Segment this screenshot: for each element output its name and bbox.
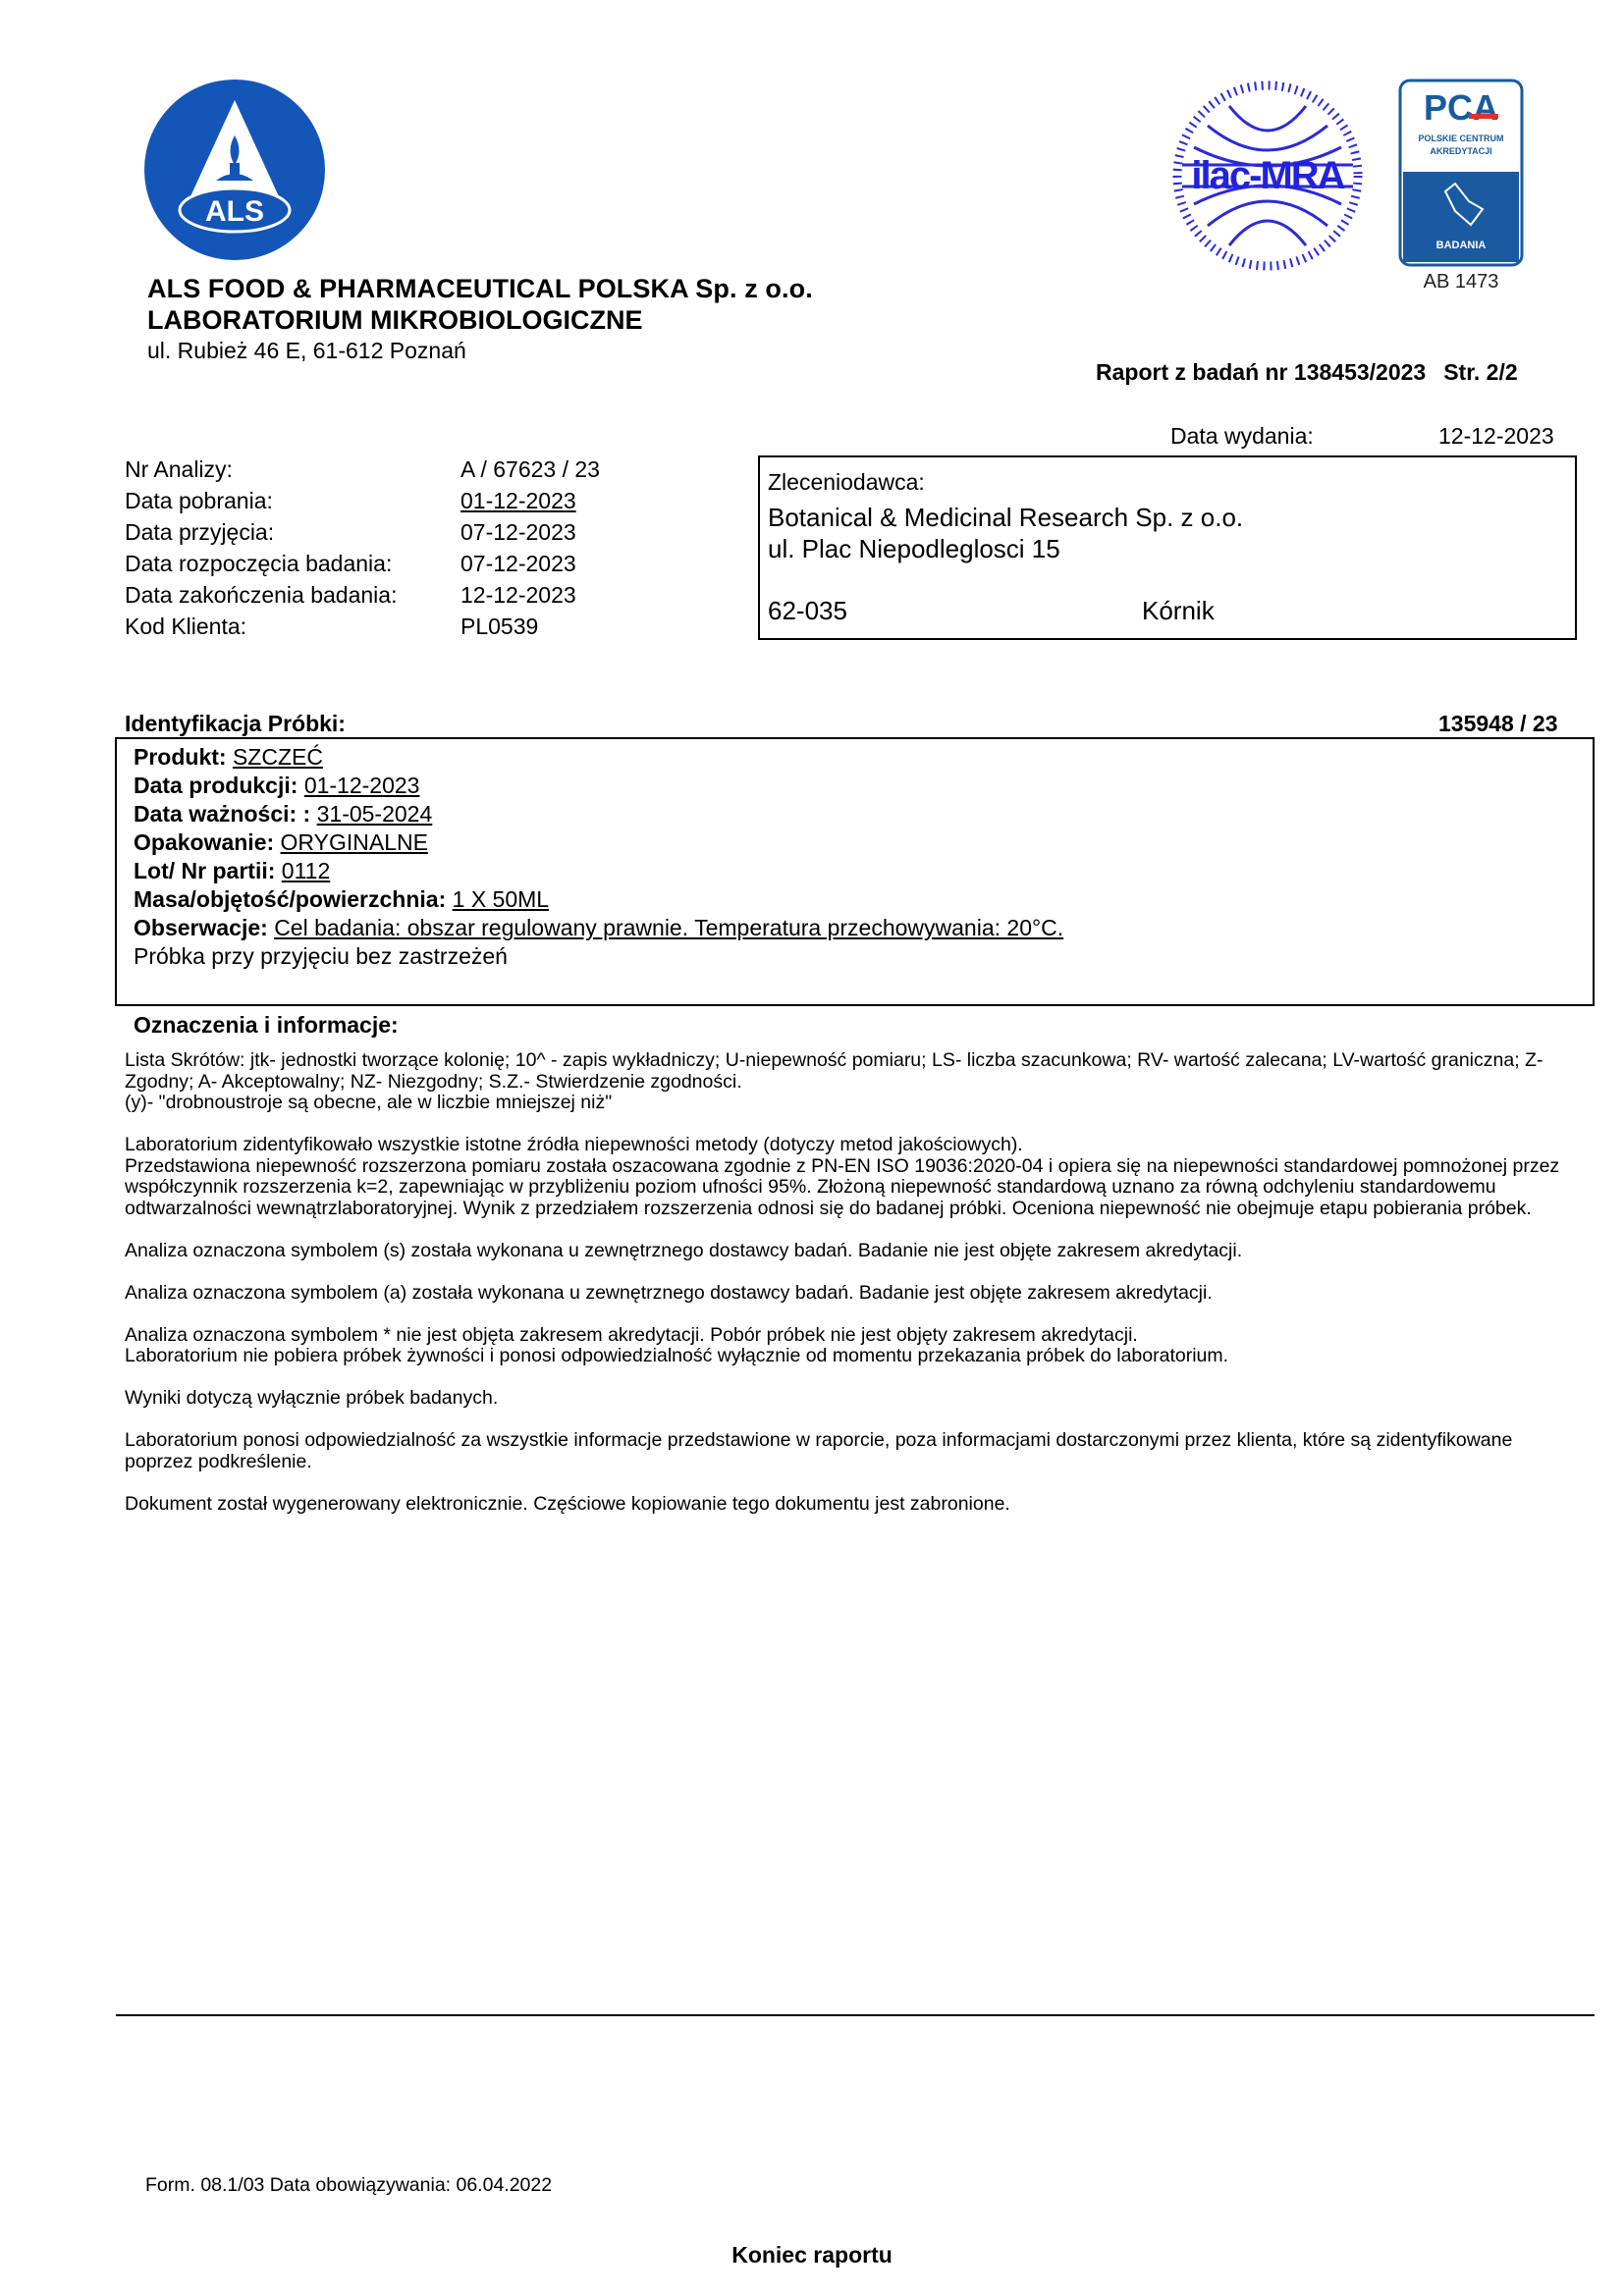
company-name: ALS FOOD & PHARMACEUTICAL POLSKA Sp. z o… [147,274,813,304]
sample-number: 135948 / 23 [1438,711,1558,737]
notes-abbreviations: Lista Skrótów: jtk- jednostki tworzące k… [125,1050,1573,1114]
sample-field-label: Lot/ Nr partii: [134,858,275,883]
notes-heading: Oznaczenia i informacje: [134,1012,399,1039]
sample-field: Produkt: SZCZEĆ [134,743,1063,772]
sample-field-value: SZCZEĆ [233,744,323,770]
footer-divider [116,2014,1595,2016]
results-scope-note: Wyniki dotyczą wyłącznie próbek badanych… [125,1388,1573,1410]
info-label: Data zakończenia badania: [125,579,460,611]
svg-text:BADANIA: BADANIA [1436,240,1487,251]
info-row: Data przyjęcia: 07-12-2023 [125,516,600,548]
sample-field: Masa/objętość/powierzchnia: 1 X 50ML [134,885,1063,914]
abbreviations-text: Lista Skrótów: jtk- jednostki tworzące k… [125,1049,1543,1093]
sample-box: Produkt: SZCZEĆ Data produkcji: 01-12-20… [115,737,1595,1006]
sample-fields: Produkt: SZCZEĆ Data produkcji: 01-12-20… [134,743,1063,971]
info-value: 07-12-2023 [460,548,576,579]
sample-field: Opakowanie: ORYGINALNE [134,828,1063,857]
client-city: Kórnik [1142,596,1215,626]
client-zip: 62-035 [768,596,847,626]
sample-field-value: Cel badania: obszar regulowany prawnie. … [274,915,1063,940]
issue-date: 12-12-2023 [1438,423,1554,450]
sample-field: Lot/ Nr partii: 0112 [134,857,1063,885]
sample-field-value: 31-05-2024 [317,801,433,827]
sample-field-value: ORYGINALNE [281,829,428,855]
sample-field-value: 0112 [282,858,330,883]
issue-date-label: Data wydania: [1170,423,1314,450]
als-logo-icon: ALS [143,79,326,261]
sample-heading: Identyfikacja Próbki: [125,711,346,737]
symbol-star-note: Analiza oznaczona symbolem * nie jest ob… [125,1325,1573,1367]
client-street: ul. Plac Niepodleglosci 15 [768,534,1060,564]
sample-field: Obserwacje: Cel badania: obszar regulowa… [134,914,1063,942]
info-value: 01-12-2023 [460,485,576,516]
y-note: (y)- "drobnoustroje są obecne, ale w lic… [125,1092,612,1113]
notes-uncertainty: Laboratorium zidentyfikowało wszystkie i… [125,1135,1573,1219]
sample-field-value: 01-12-2023 [304,773,420,798]
symbol-s-note: Analiza oznaczona symbolem (s) została w… [125,1241,1573,1262]
info-value: 07-12-2023 [460,516,576,548]
sample-field: Data ważności: : 31-05-2024 [134,800,1063,828]
info-row: Kod Klienta: PL0539 [125,611,600,642]
lab-name: LABORATORIUM MIKROBIOLOGICZNE [147,305,642,336]
info-row: Data pobrania: 01-12-2023 [125,485,600,516]
svg-text:AKREDYTACJI: AKREDYTACJI [1430,146,1491,156]
symbol-star-1: Analiza oznaczona symbolem * nie jest ob… [125,1324,1138,1346]
info-label: Data rozpoczęcia badania: [125,548,460,579]
info-label: Data przyjęcia: [125,516,460,548]
symbol-a-note: Analiza oznaczona symbolem (a) została w… [125,1283,1573,1305]
info-value: A / 67623 / 23 [460,454,600,485]
info-label: Data pobrania: [125,485,460,516]
uncertainty-1: Laboratorium zidentyfikowało wszystkie i… [125,1134,1023,1155]
notes: Lista Skrótów: jtk- jednostki tworzące k… [125,1050,1573,1536]
info-label: Kod Klienta: [125,611,460,642]
report-number-text: Raport z badań nr 138453/2023 [1096,359,1426,385]
sample-field-label: Data ważności: : [134,801,310,827]
end-of-report: Koniec raportu [0,2242,1624,2269]
sample-field-label: Obserwacje: [134,915,268,940]
lab-address: ul. Rubież 46 E, 61-612 Poznań [147,338,466,364]
electronic-note: Dokument został wygenerowany elektronicz… [125,1494,1573,1516]
sample-field-label: Masa/objętość/powierzchnia: [134,886,446,912]
client-title: Zleceniodawca: [768,469,925,496]
info-row: Nr Analizy: A / 67623 / 23 [125,454,600,485]
sample-field-label: Data produkcji: [134,773,298,798]
accreditation-code: AB 1473 [1398,271,1524,294]
responsibility-note: Laboratorium ponosi odpowiedzialność za … [125,1430,1573,1472]
svg-text:ALS: ALS [205,195,264,228]
report-number: Raport z badań nr 138453/2023Str. 2/2 [1096,359,1518,386]
sample-remark: Próbka przy przyjęciu bez zastrzeżeń [134,942,1063,971]
ilac-mra-logo-icon: ilac-MRA [1170,77,1365,275]
pca-logo-icon: PCA POLSKIE CENTRUM AKREDYTACJI BADANIA [1398,79,1524,267]
client-name: Botanical & Medicinal Research Sp. z o.o… [768,503,1243,533]
uncertainty-2: Przedstawiona niepewność rozszerzona pom… [125,1155,1559,1219]
info-label: Nr Analizy: [125,454,460,485]
sample-field-value: 1 X 50ML [453,886,549,912]
svg-text:PCA: PCA [1424,87,1498,128]
info-value: PL0539 [460,611,538,642]
svg-text:POLSKIE CENTRUM: POLSKIE CENTRUM [1418,133,1503,143]
info-row: Data rozpoczęcia badania: 07-12-2023 [125,548,600,579]
sample-field-label: Produkt: [134,744,227,770]
info-row: Data zakończenia badania: 12-12-2023 [125,579,600,611]
page-indicator: Str. 2/2 [1443,359,1517,385]
analysis-info: Nr Analizy: A / 67623 / 23 Data pobrania… [125,454,600,642]
form-id: Form. 08.1/03 Data obowiązywania: 06.04.… [145,2174,552,2197]
svg-text:ilac-MRA: ilac-MRA [1191,154,1344,197]
client-box: Zleceniodawca: Botanical & Medicinal Res… [758,455,1577,640]
sample-field-label: Opakowanie: [134,829,274,855]
info-value: 12-12-2023 [460,579,576,611]
symbol-star-2: Laboratorium nie pobiera próbek żywności… [125,1345,1228,1366]
sample-field: Data produkcji: 01-12-2023 [134,772,1063,800]
